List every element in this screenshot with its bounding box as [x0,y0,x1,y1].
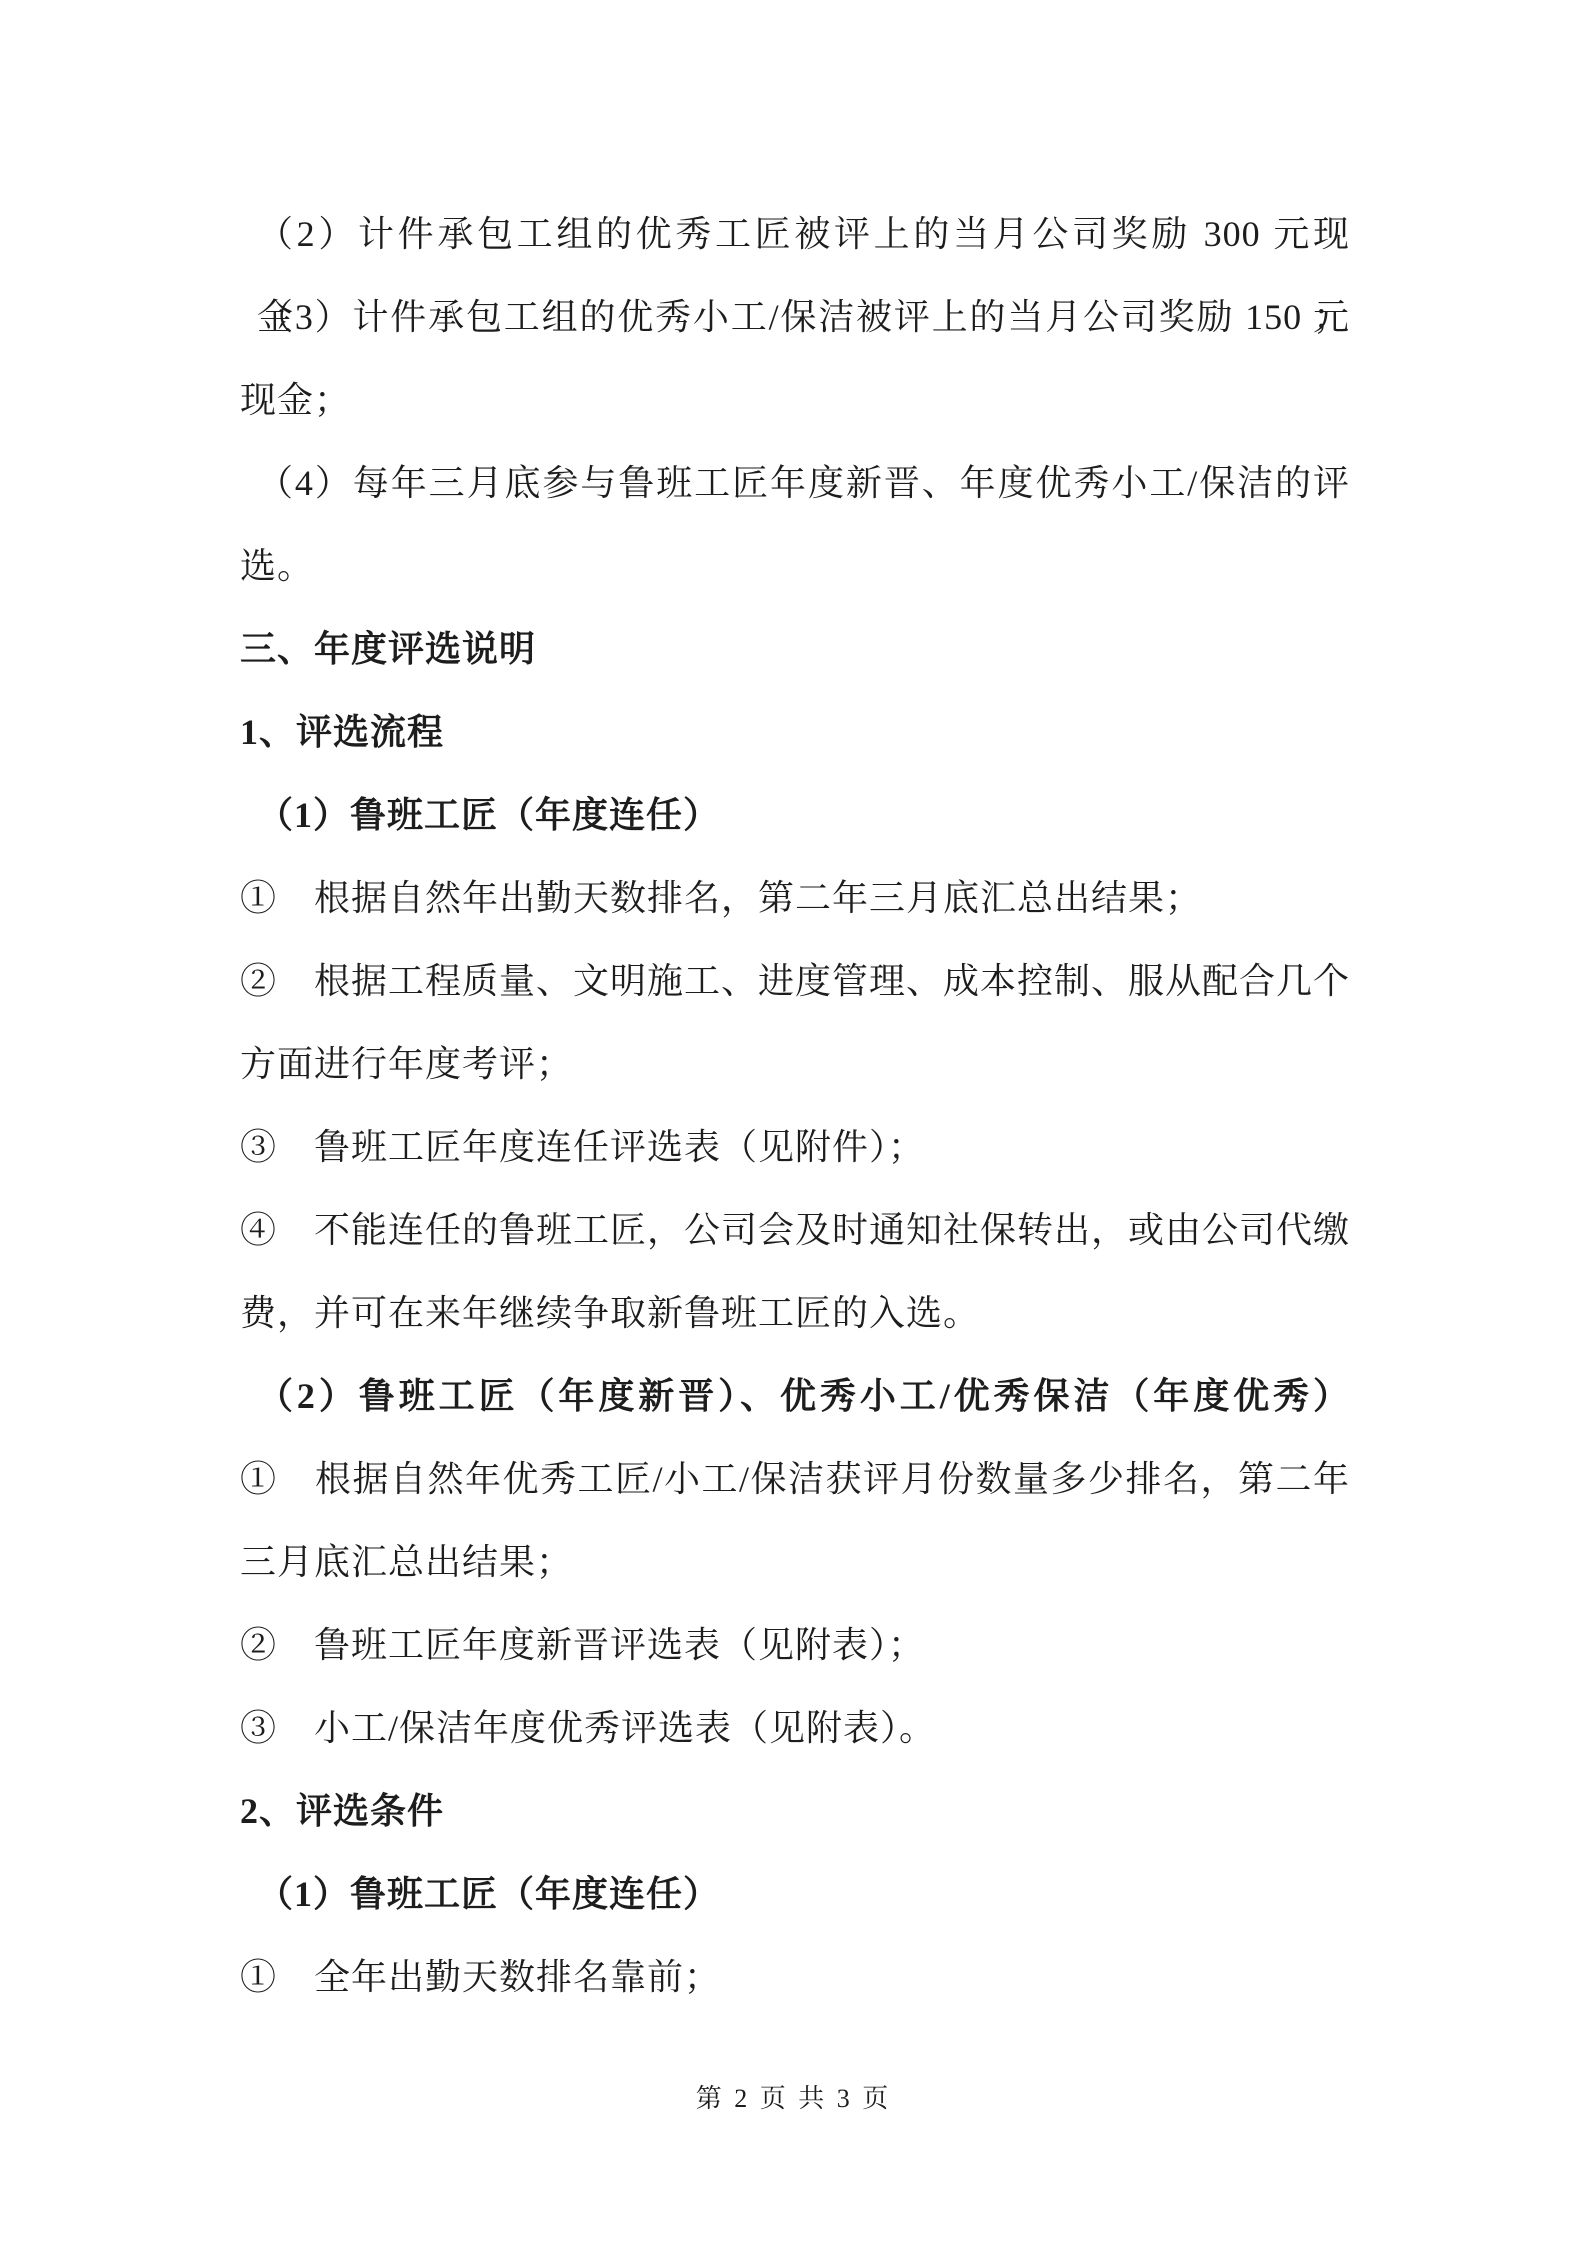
doc-heading: 2、评选条件 [240,1770,1350,1853]
doc-line: （3）计件承包工组的优秀小工/保洁被评上的当月公司奖励 150 元 [240,276,1350,359]
doc-line: ③ 鲁班工匠年度连任评选表（见附件）； [240,1106,1350,1189]
doc-line: 选。 [240,525,1350,608]
doc-line: （2）计件承包工组的优秀工匠被评上的当月公司奖励 300 元现金； [240,193,1350,276]
doc-line: ② 根据工程质量、文明施工、进度管理、成本控制、服从配合几个 [240,940,1350,1023]
doc-line: ④ 不能连任的鲁班工匠，公司会及时通知社保转出，或由公司代缴 [240,1189,1350,1272]
doc-line: 方面进行年度考评； [240,1023,1350,1106]
doc-heading: 三、年度评选说明 [240,608,1350,691]
doc-heading: 1、评选流程 [240,691,1350,774]
doc-line: ① 根据自然年出勤天数排名，第二年三月底汇总出结果； [240,857,1350,940]
doc-heading: （1）鲁班工匠（年度连任） [240,1853,1350,1936]
doc-line: 费，并可在来年继续争取新鲁班工匠的入选。 [240,1272,1350,1355]
doc-line: ① 全年出勤天数排名靠前； [240,1936,1350,2019]
doc-line: （4）每年三月底参与鲁班工匠年度新晋、年度优秀小工/保洁的评 [240,442,1350,525]
document-page: （2）计件承包工组的优秀工匠被评上的当月公司奖励 300 元现金； （3）计件承… [0,0,1587,2245]
doc-line: ③ 小工/保洁年度优秀评选表（见附表）。 [240,1687,1350,1770]
doc-heading: （2）鲁班工匠（年度新晋）、优秀小工/优秀保洁（年度优秀） [240,1355,1350,1438]
doc-line: 现金； [240,359,1350,442]
doc-heading: （1）鲁班工匠（年度连任） [240,774,1350,857]
document-content: （2）计件承包工组的优秀工匠被评上的当月公司奖励 300 元现金； （3）计件承… [240,193,1350,2019]
doc-line: ② 鲁班工匠年度新晋评选表（见附表）； [240,1604,1350,1687]
doc-line: 三月底汇总出结果； [240,1521,1350,1604]
doc-line: ① 根据自然年优秀工匠/小工/保洁获评月份数量多少排名，第二年 [240,1438,1350,1521]
page-number: 第 2 页 共 3 页 [0,2078,1587,2115]
